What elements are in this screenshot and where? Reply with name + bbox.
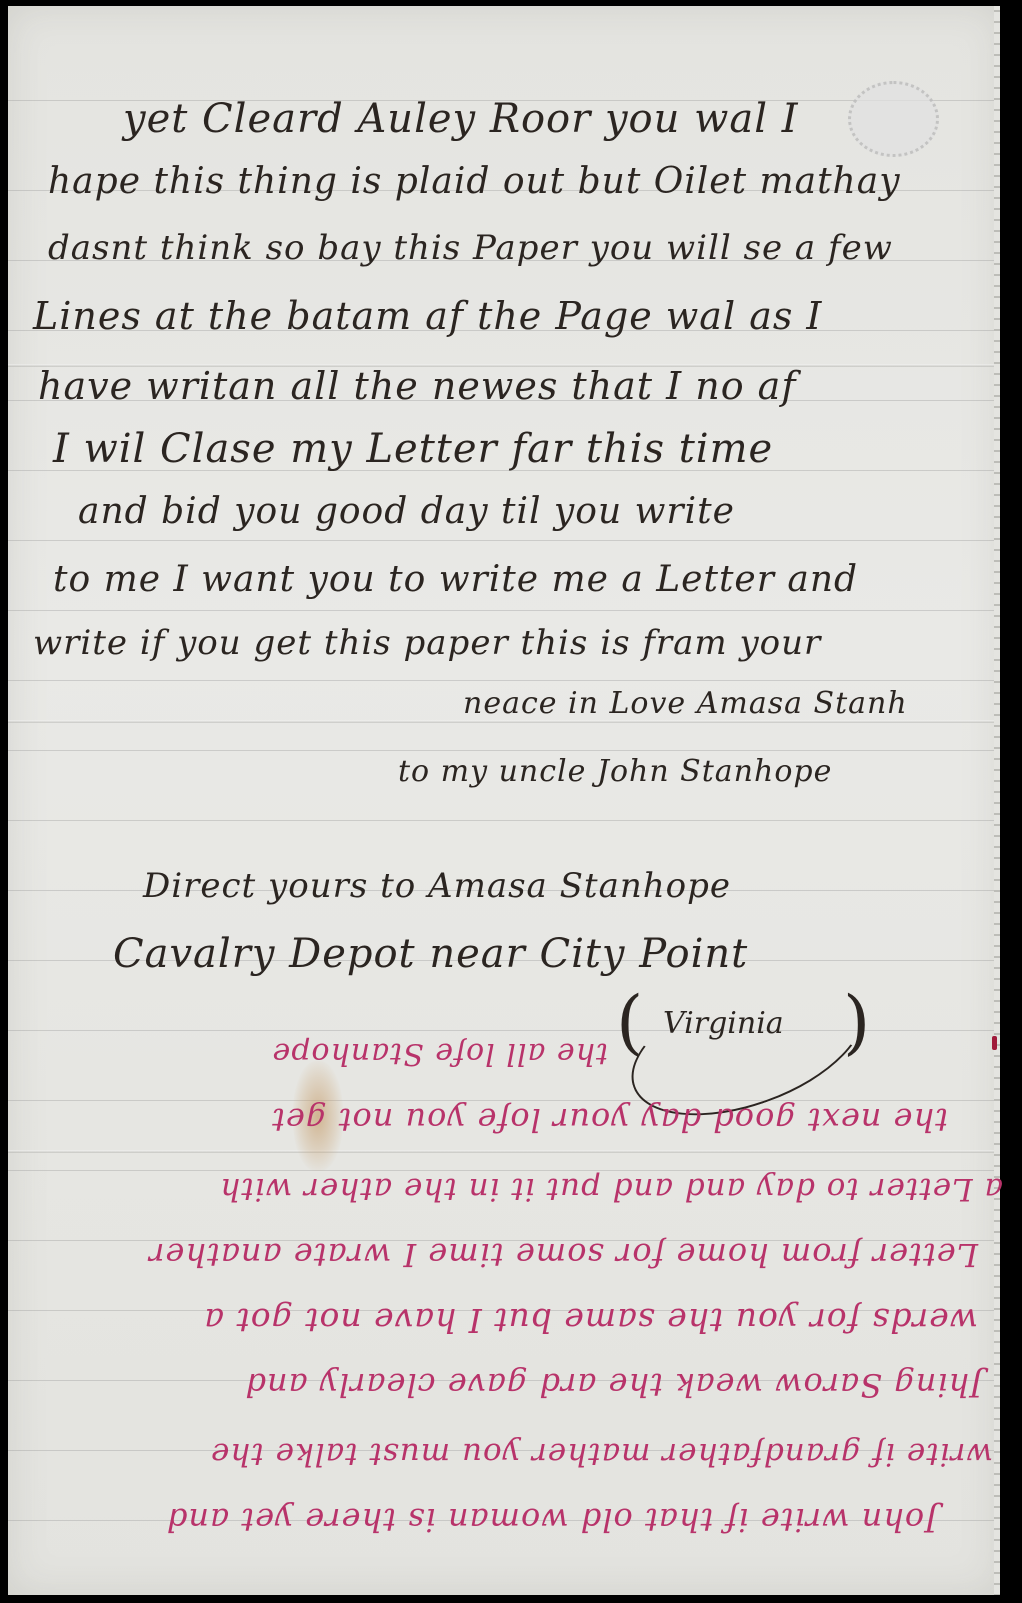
red-ink-line: write if grandfather mather you must tal… (73, 1436, 993, 1472)
letter-line: have writan all the newes that I no af (38, 364, 796, 408)
embossed-stamp-icon (848, 81, 939, 157)
letter-line: to me I want you to write me a Letter an… (53, 559, 858, 600)
address-line: Direct yours to Amasa Stanhope (143, 866, 731, 906)
letter-line: hape this thing is plaid out but Oilet m… (48, 161, 901, 202)
letter-line: I wil Clase my Letter far this time (53, 426, 773, 472)
letter-line: yet Cleard Auley Roor you wal I (123, 96, 799, 142)
signature-line: to my uncle John Stanhope (398, 754, 832, 789)
ruled-line (8, 680, 1000, 681)
ruled-line (8, 820, 1000, 821)
ruled-line (8, 540, 1000, 541)
ruled-line (8, 610, 1000, 611)
ruled-line (8, 750, 1000, 751)
red-ink-line: werds for you the same but I have not go… (78, 1301, 978, 1340)
signature-line: neace in Love Amasa Stanh (463, 686, 908, 721)
red-ink-line: the next good day your lofe you not get (68, 1101, 948, 1139)
letter-line: dasnt think so bay this Paper you will s… (48, 228, 893, 268)
letter-line: and bid you good day til you write (78, 491, 735, 532)
red-ink-line: Jhing Sarow weak the ard gave clearly an… (103, 1366, 983, 1404)
red-ink-line: the all lofe Stanhope (48, 1036, 608, 1071)
letter-page: yet Cleard Auley Roor you wal I hape thi… (8, 6, 1000, 1595)
red-ink-line: Letter from home for some time I wrate a… (48, 1236, 978, 1274)
fold-crease (8, 1150, 1000, 1153)
letter-line: Lines at the batam af the Page wal as I (33, 294, 822, 338)
red-ink-line: John write if that old woman is there ye… (78, 1501, 938, 1539)
letter-line: write if you get this paper this is fram… (33, 623, 821, 663)
torn-edge (994, 6, 1000, 1595)
ink-mark (992, 1036, 997, 1050)
address-line: Cavalry Depot near City Point (113, 931, 748, 977)
red-ink-line: a Letter to day and and put it in the at… (23, 1171, 1003, 1207)
